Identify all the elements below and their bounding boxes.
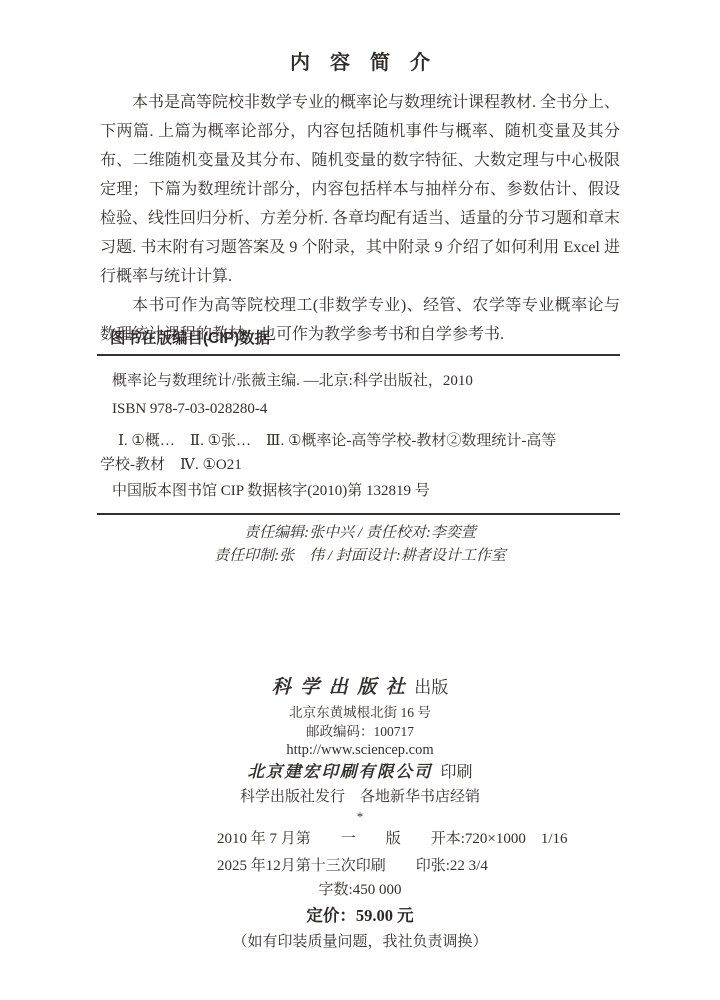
credits-line-printing-design: 责任印制:张 伟 / 封面设计:耕者设计工作室 — [100, 545, 620, 568]
cip-divider-line — [97, 354, 620, 356]
printer-name: 北京建宏印刷有限公司 — [247, 762, 432, 781]
printing-line: 2025 年12月第十三次印刷 印张:22 3/4 — [217, 853, 720, 880]
cip-isbn-line: ISBN 978-7-03-028280-4 — [112, 399, 620, 420]
credits-lines: 责任编辑:张中兴 / 责任校对:李奕萱 责任印制:张 伟 / 封面设计:耕者设计… — [100, 522, 620, 568]
cip-section-header: 图书在版编目(CIP)数据 — [110, 329, 620, 349]
book-copyright-page: 内容简介 本书是高等院校非数学专业的概率论与数理统计课程教材. 全书分上、下两篇… — [0, 0, 720, 1000]
printer-line: 北京建宏印刷有限公司印刷 — [0, 760, 720, 785]
print-label: 印刷 — [440, 764, 472, 781]
publish-label: 出版 — [414, 678, 448, 697]
postal-code: 邮政编码：100717 — [0, 722, 720, 741]
colophon-section: 科学出版社出版 北京东黄城根北街 16 号 邮政编码：100717 http:/… — [0, 676, 720, 953]
cip-classification: Ⅰ. ①概… Ⅱ. ①张… Ⅲ. ①概率论-高等学校-教材②数理统计-高等 学校… — [112, 429, 620, 477]
publisher-url: http://www.sciencep.com — [0, 741, 720, 760]
quality-note: （如有印装质量问题，我社负责调换） — [0, 932, 720, 953]
publisher-imprint-line: 科学出版社出版 — [0, 676, 720, 701]
intro-paragraph-1: 本书是高等院校非数学专业的概率论与数理统计课程教材. 全书分上、下两篇. 上篇为… — [100, 88, 620, 291]
content-summary-section: 内容简介 本书是高等院校非数学专业的概率论与数理统计课程教材. 全书分上、下两篇… — [0, 0, 720, 349]
publisher-address: 北京东黄城根北街 16 号 — [0, 703, 720, 722]
edition-printing-block: 2010 年 7 月第 一 版 开本:720×1000 1/16 2025 年1… — [0, 826, 720, 880]
edition-line: 2010 年 7 月第 一 版 开本:720×1000 1/16 — [217, 826, 720, 853]
cip-section: 图书在版编目(CIP)数据 概率论与数理统计/张薇主编. —北京:科学出版社，2… — [100, 329, 620, 502]
word-count-line: 字数:450 000 — [0, 880, 720, 901]
publisher-name: 科学出版社 — [272, 677, 415, 698]
credits-section: 责任编辑:张中兴 / 责任校对:李奕萱 责任印制:张 伟 / 封面设计:耕者设计… — [100, 513, 620, 568]
cip-book-line: 概率论与数理统计/张薇主编. —北京:科学出版社，2010 — [112, 371, 620, 392]
asterisk-separator: * — [0, 810, 720, 824]
cip-record-line: 中国版本图书馆 CIP 数据核字(2010)第 132819 号 — [112, 481, 620, 502]
cip-classification-line-1: Ⅰ. ①概… Ⅱ. ①张… Ⅲ. ①概率论-高等学校-教材②数理统计-高等 — [118, 429, 620, 453]
credits-line-editors: 责任编辑:张中兴 / 责任校对:李奕萱 — [100, 522, 620, 545]
cip-classification-line-2: 学校-教材 Ⅳ. ①O21 — [100, 453, 620, 477]
credits-divider-line — [97, 513, 620, 515]
distribution-line: 科学出版社发行 各地新华书店经销 — [0, 787, 720, 808]
page-title: 内容简介 — [100, 46, 620, 75]
price-line: 定价：59.00 元 — [0, 904, 720, 927]
cip-body: 概率论与数理统计/张薇主编. —北京:科学出版社，2010 ISBN 978-7… — [112, 371, 620, 502]
